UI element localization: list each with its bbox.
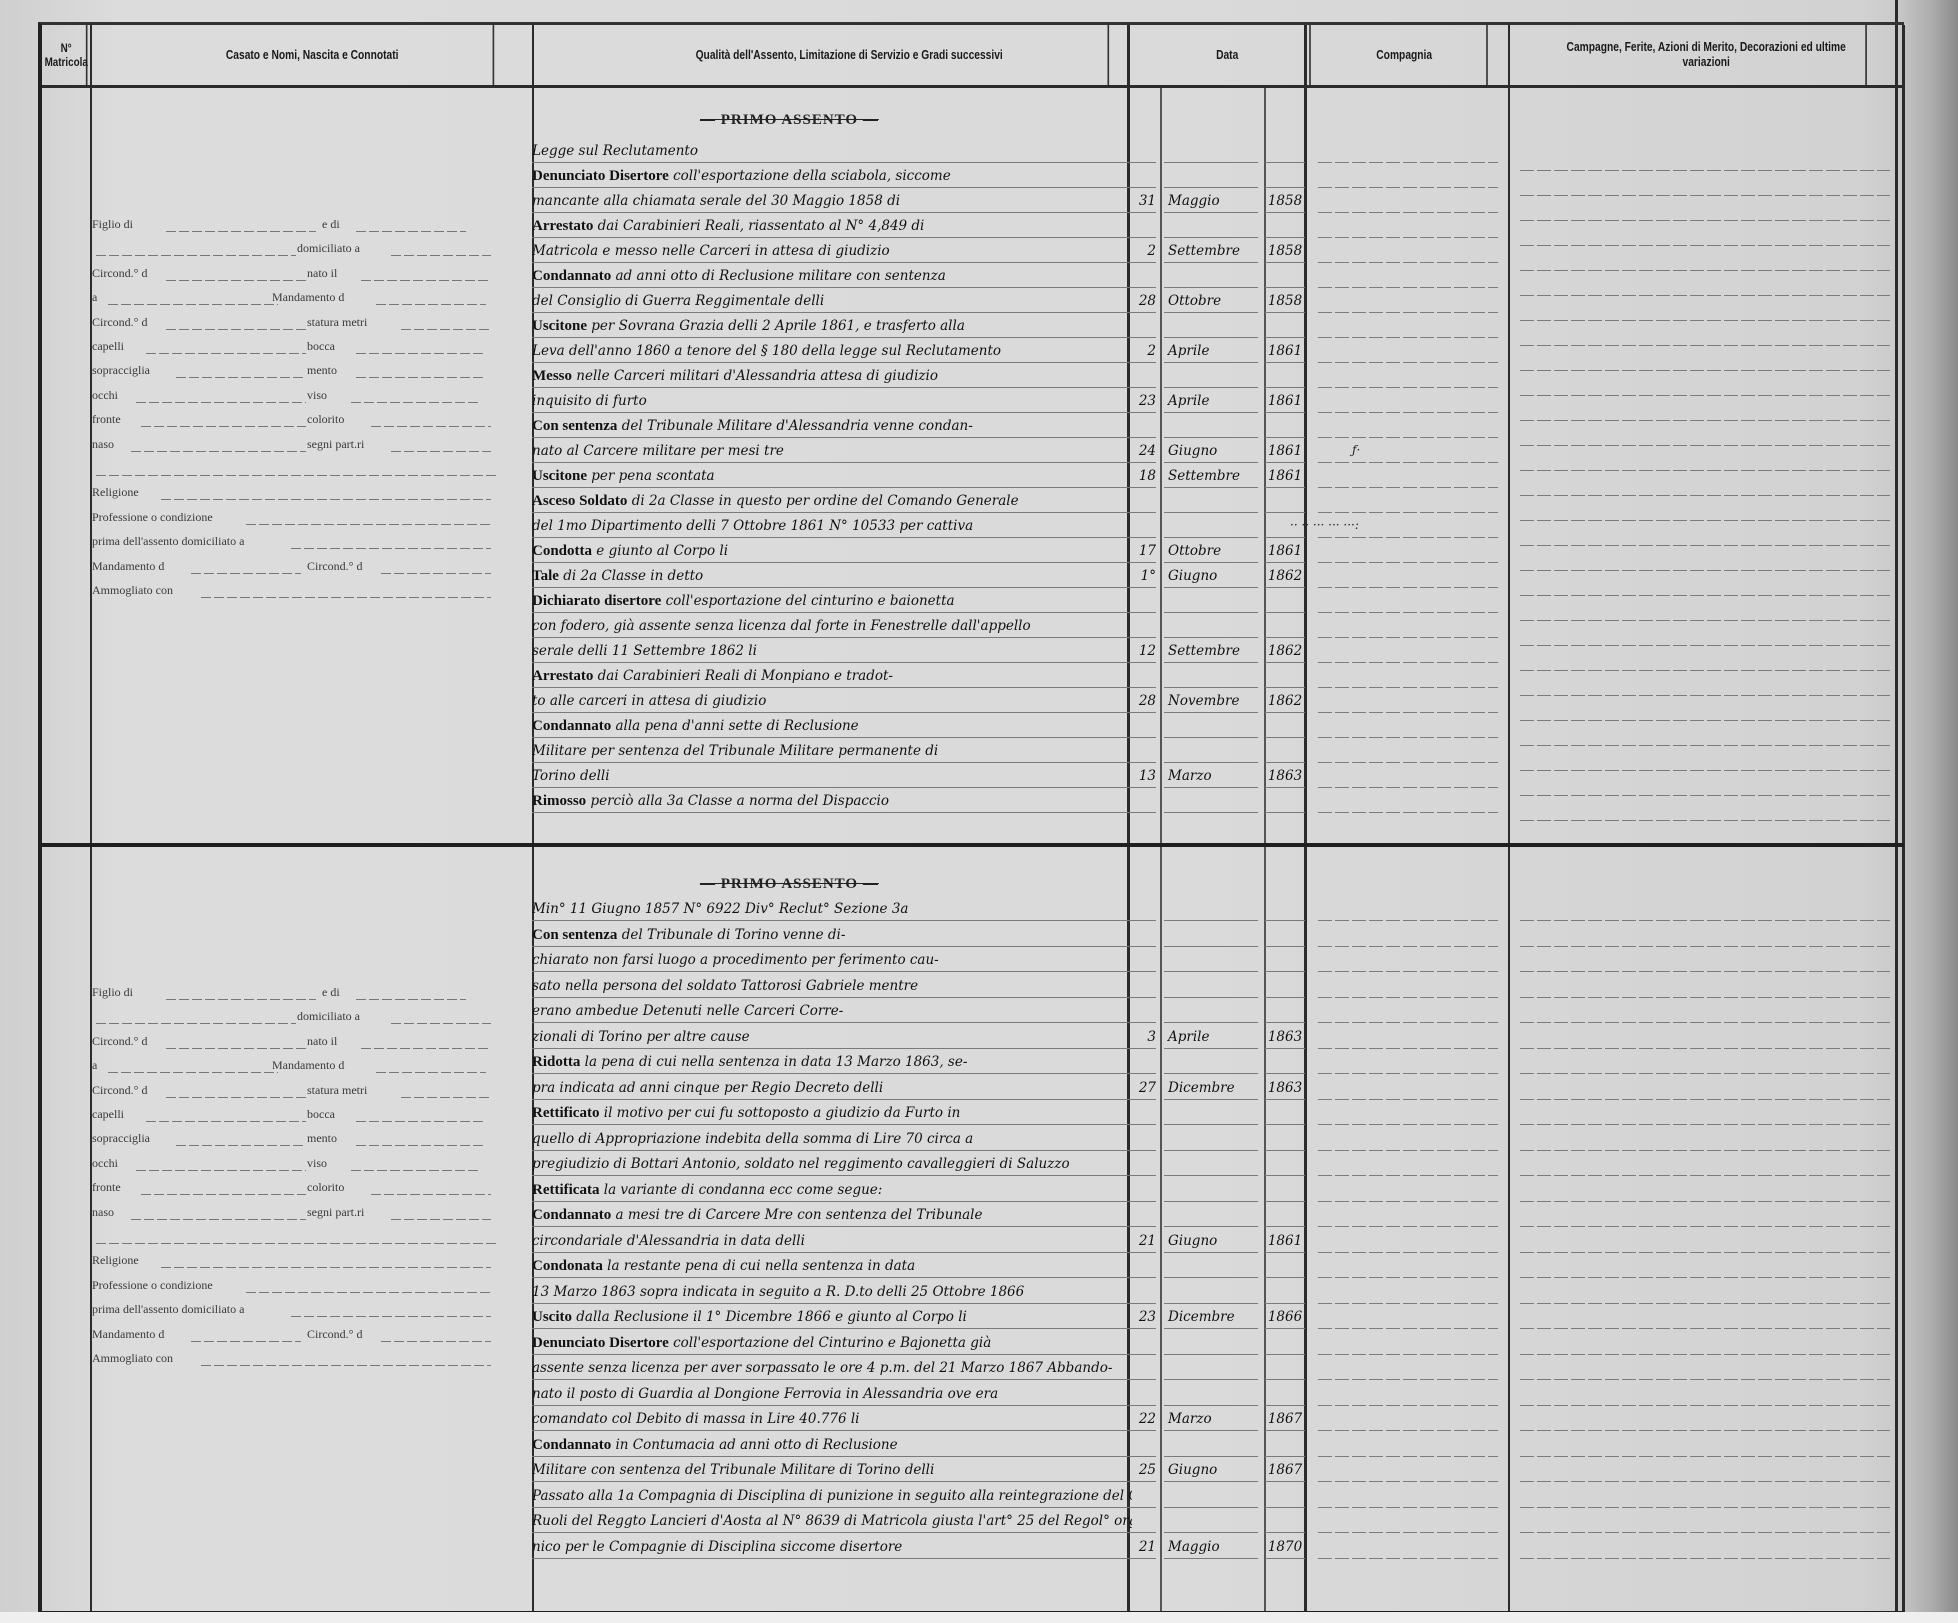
campagne-ruled-line (1520, 595, 1890, 596)
entry-text: mancante alla chiamata serale del 30 Mag… (532, 193, 900, 209)
campagne-ruled-line (1520, 445, 1890, 446)
entry-text: dalla Reclusione il 1° Dicembre 1866 e g… (572, 1309, 967, 1325)
entry-text: coll'esportazione del Cinturino e Bajone… (669, 1335, 992, 1351)
entry-date-year (1265, 1000, 1305, 1023)
entry-date-day (1130, 715, 1156, 738)
form-label-prima-assento: prima dell'assento domiciliato a (92, 534, 244, 549)
form-fill-line (246, 1292, 491, 1293)
entry-text: serale delli 11 Settembre 1862 li (532, 643, 757, 659)
form-fill-line (371, 1194, 491, 1195)
campagne-ruled-line (1520, 1277, 1890, 1278)
entry-date-day (1130, 215, 1156, 238)
campagne-ruled-line (1520, 920, 1890, 921)
entry-date-day: 23 (1130, 390, 1156, 413)
entry-text: del Tribunale Militare d'Alessandria ven… (617, 418, 972, 434)
register-entry: Denunciato Disertore coll'esportazione d… (532, 165, 1132, 188)
form-label-sopracciglia: sopracciglia (92, 363, 150, 378)
entry-date-month (1164, 1434, 1258, 1457)
compagnia-ruled-line (1318, 1303, 1498, 1304)
entry-date-day (1130, 140, 1156, 163)
form-fill-line (131, 451, 306, 452)
register-entry: Matricola e messo nelle Carceri in attes… (532, 240, 1132, 263)
register-entry: zionali di Torino per altre cause (532, 1026, 1132, 1049)
compagnia-ruled-line (1318, 212, 1498, 213)
compagnia-ruled-line (1318, 262, 1498, 263)
entry-date-day: 22 (1130, 1408, 1156, 1431)
entry-date-month (1164, 1332, 1258, 1355)
register-entry: Rettificata la variante di condanna ecc … (532, 1179, 1132, 1202)
form-row: sopraccigliamento (92, 363, 492, 383)
form-row: prima dell'assento domiciliato a (92, 1302, 492, 1322)
form-fill-line (391, 255, 491, 256)
entry-date-month: Giugno (1164, 565, 1258, 588)
compagnia-ruled-line (1318, 920, 1498, 921)
campagne-ruled-line (1520, 1201, 1890, 1202)
form-fill-line (371, 426, 491, 427)
campagne-ruled-line (1520, 1150, 1890, 1151)
entry-date-year: 1867 (1265, 1459, 1305, 1482)
compagnia-ruled-line (1318, 1124, 1498, 1125)
form-row: frontecolorito (92, 1180, 492, 1200)
entry-date-day: 2 (1130, 340, 1156, 363)
entry-keyword: Messo (532, 368, 572, 384)
entry-date-year (1265, 1281, 1305, 1304)
form-label-figlio-di: Figlio di (92, 217, 133, 232)
form-fill-line (166, 280, 306, 281)
entry-date-day: 1° (1130, 565, 1156, 588)
entry-text: Militare con sentenza del Tribunale Mili… (532, 1462, 934, 1478)
campagne-ruled-line (1520, 770, 1890, 771)
register-entry: inquisito di furto (532, 390, 1132, 413)
entry-date-month (1164, 165, 1258, 188)
register-entry: Con sentenza del Tribunale di Torino ven… (532, 924, 1132, 947)
form-label-circond-1: Circond.° d (92, 266, 147, 281)
form-label-religione: Religione (92, 1253, 139, 1268)
campagne-ruled-line (1520, 545, 1890, 546)
form-fill-line (191, 573, 301, 574)
form-label-viso: viso (307, 1156, 327, 1171)
form-row: Religione (92, 485, 492, 505)
entry-text: di 2a Classe in detto (559, 568, 703, 584)
entry-date-day (1130, 515, 1156, 538)
compagnia-ruled-line (1318, 1558, 1498, 1559)
register-entry: Condotta e giunto al Corpo li (532, 540, 1132, 563)
campagne-ruled-line (1520, 1379, 1890, 1380)
entry-date-year (1265, 1128, 1305, 1151)
entry-date-year (1265, 790, 1305, 813)
entry-text: alla pena d'anni sette di Reclusione (611, 718, 858, 734)
register-entry: serale delli 11 Settembre 1862 li (532, 640, 1132, 663)
form-label-segni: segni part.ri (307, 437, 364, 452)
compagnia-ruled-line (1318, 1252, 1498, 1253)
register-entry: mancante alla chiamata serale del 30 Mag… (532, 190, 1132, 213)
compagnia-ruled-line (1318, 337, 1498, 338)
form-fill-line (361, 280, 491, 281)
entry-date-month (1164, 1204, 1258, 1227)
compagnia-ruled-line (1318, 237, 1498, 238)
entry-text: nico per le Compagnie di Disciplina sicc… (532, 1539, 902, 1555)
entry-date-day (1130, 1153, 1156, 1176)
campagne-ruled-line (1520, 1099, 1890, 1100)
compagnia-ruled-line (1318, 946, 1498, 947)
register-entry: Uscito dalla Reclusione il 1° Dicembre 1… (532, 1306, 1132, 1329)
form-fill-line (381, 1341, 491, 1342)
entry-text: il motivo per cui fu sottoposto a giudiz… (599, 1105, 960, 1121)
entry-date-year (1265, 898, 1305, 921)
compagnia-ruled-line (1318, 187, 1498, 188)
entry-date-day (1130, 365, 1156, 388)
entry-date-month (1164, 715, 1258, 738)
form-label-mento: mento (307, 363, 337, 378)
entry-date-month: Maggio (1164, 1536, 1258, 1559)
entry-date-day (1130, 924, 1156, 947)
entry-date-month (1164, 949, 1258, 972)
entry-keyword: Con sentenza (532, 418, 617, 434)
register-entry: Uscitone per pena scontata (532, 465, 1132, 488)
entry-date-month (1164, 1383, 1258, 1406)
entry-text: coll'esportazione del cinturino e baione… (661, 593, 954, 609)
entry-date-day (1130, 1332, 1156, 1355)
entry-date-year (1265, 1383, 1305, 1406)
register-entry: to alle carceri in attesa di giudizio (532, 690, 1132, 713)
form-fill-line (166, 1048, 306, 1049)
entry-text: per pena scontata (587, 468, 715, 484)
entry-text: Ruoli del Reggto Lancieri d'Aosta al N° … (532, 1513, 1132, 1529)
form-fill-line (96, 255, 296, 256)
form-fill-line (356, 1121, 486, 1122)
register-entry: 13 Marzo 1863 sopra indicata in seguito … (532, 1281, 1132, 1304)
entry-date-year (1265, 975, 1305, 998)
form-fill-line (381, 573, 491, 574)
entry-keyword: Condannato (532, 1207, 611, 1223)
compagnia-ruled-line (1318, 1175, 1498, 1176)
entry-text: Legge sul Reclutamento (532, 143, 698, 159)
entry-date-day (1130, 265, 1156, 288)
entry-date-month (1164, 215, 1258, 238)
form-label-e-di: e di (322, 985, 340, 1000)
entry-date-year: 1862 (1265, 690, 1305, 713)
entry-date-day (1130, 1102, 1156, 1125)
entry-date-month (1164, 515, 1258, 538)
register-entry: nico per le Compagnie di Disciplina sicc… (532, 1536, 1132, 1559)
compagnia-ruled-line (1318, 162, 1498, 163)
entry-keyword: Con sentenza (532, 927, 617, 943)
form-label-segni: segni part.ri (307, 1205, 364, 1220)
form-fill-line (141, 426, 306, 427)
register-entry: Dichiarato disertore coll'esportazione d… (532, 590, 1132, 613)
campagne-ruled-line (1520, 620, 1890, 621)
entry-date-year: 1863 (1265, 1026, 1305, 1049)
entry-text: circondariale d'Alessandria in data dell… (532, 1233, 805, 1249)
entry-date-year (1265, 1102, 1305, 1125)
register-entry: Rettificato il motivo per cui fu sottopo… (532, 1102, 1132, 1125)
form-row: nasosegni part.ri (92, 1205, 492, 1225)
form-label-professione: Professione o condizione (92, 510, 213, 525)
entry-text: la restante pena di cui nella sentenza i… (603, 1258, 915, 1274)
campagne-ruled-line (1520, 695, 1890, 696)
entry-date-year: 1858 (1265, 290, 1305, 313)
compagnia-ruled-line (1318, 437, 1498, 438)
entry-date-year (1265, 490, 1305, 513)
compagnia-mark: ƒ· (1352, 443, 1360, 457)
entry-date-year: 1863 (1265, 1077, 1305, 1100)
campagne-ruled-line (1520, 670, 1890, 671)
form-label-circond-2: Circond.° d (92, 315, 147, 330)
campagne-ruled-line (1520, 245, 1890, 246)
register-entry: Militare per sentenza del Tribunale Mili… (532, 740, 1132, 763)
form-label-ammogliato: Ammogliato con (92, 1351, 173, 1366)
campagne-ruled-line (1520, 1481, 1890, 1482)
entry-text: e giunto al Corpo li (592, 543, 728, 559)
entry-date-month (1164, 415, 1258, 438)
entry-text: assente senza licenza per aver sorpassat… (532, 1360, 1112, 1376)
campagne-ruled-line (1520, 946, 1890, 947)
form-row: Circond.° dstatura metri (92, 1083, 492, 1103)
form-label-capelli: capelli (92, 339, 124, 354)
compagnia-ruled-line (1318, 362, 1498, 363)
entry-keyword: Rettificata (532, 1182, 599, 1198)
register-entry: del Consiglio di Guerra Reggimentale del… (532, 290, 1132, 313)
form-label-occhi: occhi (92, 1156, 118, 1171)
entry-date-day: 12 (1130, 640, 1156, 663)
register-entry: Con sentenza del Tribunale Militare d'Al… (532, 415, 1132, 438)
entry-date-month: Aprile (1164, 340, 1258, 363)
form-fill-line (176, 1145, 306, 1146)
entry-date-year (1265, 215, 1305, 238)
form-fill-line (108, 1072, 278, 1073)
entry-date-month (1164, 590, 1258, 613)
entry-date-day: 13 (1130, 765, 1156, 788)
entry-text: dai Carabinieri Reali di Monpiano e trad… (593, 668, 893, 684)
compagnia-ruled-line (1318, 1354, 1498, 1355)
form-row: Religione (92, 1253, 492, 1273)
register-entry: Torino delli (532, 765, 1132, 788)
register-entry: Arrestato dai Carabinieri Reali, riassen… (532, 215, 1132, 238)
form-label-statura: statura metri (307, 1083, 367, 1098)
form-label-circond-2: Circond.° d (92, 1083, 147, 1098)
entry-date-day: 17 (1130, 540, 1156, 563)
form-row: Circond.° dnato il (92, 266, 492, 286)
campagne-ruled-line (1520, 395, 1890, 396)
form-fill-line (161, 499, 491, 500)
campagne-ruled-line (1520, 1252, 1890, 1253)
entry-text: Militare per sentenza del Tribunale Mili… (532, 743, 938, 759)
entry-keyword: Dichiarato disertore (532, 593, 661, 609)
form-fill-line (141, 1194, 306, 1195)
form-fill-line (356, 231, 466, 232)
entry-date-year (1265, 665, 1305, 688)
register-entry: Messo nelle Carceri militari d'Alessandr… (532, 365, 1132, 388)
entry-date-year: 1870 (1265, 1536, 1305, 1559)
entry-date-month (1164, 924, 1258, 947)
entry-date-year: 1861 (1265, 540, 1305, 563)
compagnia-ruled-line (1318, 462, 1498, 463)
register-entry: circondariale d'Alessandria in data dell… (532, 1230, 1132, 1253)
campagne-ruled-line (1520, 1558, 1890, 1559)
entry-text: a mesi tre di Carcere Mre con sentenza d… (611, 1207, 982, 1223)
campagne-ruled-line (1520, 570, 1890, 571)
campagne-ruled-line (1520, 1430, 1890, 1431)
form-fill-line (131, 1219, 306, 1220)
entry-date-day: 27 (1130, 1077, 1156, 1100)
form-label-occhi: occhi (92, 388, 118, 403)
form-row: capellibocca (92, 1107, 492, 1127)
entry-date-day (1130, 790, 1156, 813)
entry-text: del Consiglio di Guerra Reggimentale del… (532, 293, 824, 309)
campagne-ruled-line (1520, 320, 1890, 321)
form-row: Ammogliato con (92, 583, 492, 603)
register-entry: Condannato a mesi tre di Carcere Mre con… (532, 1204, 1132, 1227)
campagne-ruled-line (1520, 1532, 1890, 1533)
campagne-ruled-line (1520, 1328, 1890, 1329)
entry-keyword: Condannato (532, 268, 611, 284)
form-label-e-di: e di (322, 217, 340, 232)
form-row: Circond.° dnato il (92, 1034, 492, 1054)
entry-date-month: Dicembre (1164, 1306, 1258, 1329)
register-entry: Militare con sentenza del Tribunale Mili… (532, 1459, 1132, 1482)
form-label-a: a (92, 1058, 97, 1073)
entry-text: 13 Marzo 1863 sopra indicata in seguito … (532, 1284, 1024, 1300)
entry-date-month: Ottobre (1164, 540, 1258, 563)
register-entry: erano ambedue Detenuti nelle Carceri Cor… (532, 1000, 1132, 1023)
campagne-ruled-line (1520, 345, 1890, 346)
entry-date-year: 1861 (1265, 465, 1305, 488)
form-fill-line (356, 353, 486, 354)
entry-text: perciò alla 3a Classe a norma del Dispac… (586, 793, 889, 809)
entry-date-year (1265, 1510, 1305, 1533)
entry-date-day (1130, 1000, 1156, 1023)
col-divider-matricola (90, 25, 92, 1615)
entry-date-day (1130, 1128, 1156, 1151)
register-entry: Tale di 2a Classe in detto (532, 565, 1132, 588)
entry-date-day: 21 (1130, 1230, 1156, 1253)
entry-date-day (1130, 1357, 1156, 1380)
form-row: Professione o condizione (92, 510, 492, 530)
form-row (92, 1229, 492, 1249)
campagne-ruled-line (1520, 470, 1890, 471)
form-fill-line (191, 1341, 301, 1342)
form-row: domiciliato a (92, 1009, 492, 1029)
entry-date-day (1130, 1510, 1156, 1533)
entry-text: di 2a Classe in questo per ordine del Co… (627, 493, 1018, 509)
register-entry: Min° 11 Giugno 1857 N° 6922 Div° Reclut°… (532, 898, 1132, 921)
col-divider-campagne (1902, 25, 1905, 1615)
campagne-ruled-line (1520, 795, 1890, 796)
form-fill-line (161, 1267, 491, 1268)
register-entry: Passato alla 1a Compagnia di Disciplina … (532, 1485, 1132, 1508)
register-entry: Legge sul Reclutamento (532, 140, 1132, 163)
entry-date-day (1130, 1204, 1156, 1227)
entry-date-year: 1866 (1265, 1306, 1305, 1329)
register-entry: comandato col Debito di massa in Lire 40… (532, 1408, 1132, 1431)
form-label-colorito: colorito (307, 1180, 344, 1195)
form-label-circond-1: Circond.° d (92, 1034, 147, 1049)
compagnia-ruled-line (1318, 662, 1498, 663)
entry-date-year: 1858 (1265, 190, 1305, 213)
entry-date-month (1164, 740, 1258, 763)
form-fill-line (351, 1170, 481, 1171)
compagnia-ruled-line (1318, 1226, 1498, 1227)
compagnia-ruled-line (1318, 537, 1498, 538)
header-casato: Casato e Nomi, Nascita e Connotati (132, 25, 494, 85)
entry-date-month: Giugno (1164, 1459, 1258, 1482)
entry-text: del Tribunale di Torino venne di- (617, 927, 845, 943)
entry-date-year (1265, 1434, 1305, 1457)
entry-date-month: Novembre (1164, 690, 1258, 713)
form-label-bocca: bocca (307, 339, 335, 354)
entry-date-year (1265, 715, 1305, 738)
entry-text: la variante di condanna ecc come segue: (599, 1182, 882, 1198)
form-row: aMandamento d (92, 1058, 492, 1078)
form-label-domiciliato-a: domiciliato a (297, 1009, 360, 1024)
entry-keyword: Condannato (532, 718, 611, 734)
form-row: Ammogliato con (92, 1351, 492, 1371)
entry-date-day: 31 (1130, 190, 1156, 213)
form-label-naso: naso (92, 1205, 114, 1220)
form-fill-line (361, 1048, 491, 1049)
compagnia-ruled-line (1318, 412, 1498, 413)
entry-text: del 1mo Dipartimento delli 7 Ottobre 186… (532, 518, 973, 534)
form-fill-line (136, 402, 306, 403)
campagne-ruled-line (1520, 1048, 1890, 1049)
compagnia-ruled-line (1318, 762, 1498, 763)
form-row (92, 461, 492, 481)
entry-keyword: Condannato (532, 1437, 611, 1453)
campagne-ruled-line (1520, 295, 1890, 296)
form-fill-line (96, 1243, 496, 1244)
register-entry: Condonata la restante pena di cui nella … (532, 1255, 1132, 1278)
entry-date-year: 1861 (1265, 340, 1305, 363)
entry-date-year: 1861 (1265, 1230, 1305, 1253)
register-entry: Ruoli del Reggto Lancieri d'Aosta al N° … (532, 1510, 1132, 1533)
form-fill-line (376, 304, 486, 305)
entry-text: nelle Carceri militari d'Alessandria att… (572, 368, 938, 384)
section-title-primo-assento: — PRIMO ASSENTO — (700, 112, 879, 129)
compagnia-ruled-line (1318, 1405, 1498, 1406)
entry-date-day (1130, 740, 1156, 763)
compagnia-ruled-line (1318, 287, 1498, 288)
register-entry: Condannato ad anni otto di Reclusione mi… (532, 265, 1132, 288)
page-edge (0, 1612, 1958, 1623)
form-label-sopracciglia: sopracciglia (92, 1131, 150, 1146)
entry-text: comandato col Debito di massa in Lire 40… (532, 1411, 859, 1427)
entry-date-day (1130, 415, 1156, 438)
entry-date-month: Giugno (1164, 1230, 1258, 1253)
entry-text: Passato alla 1a Compagnia di Disciplina … (532, 1488, 1132, 1504)
entry-text: nato il posto di Guardia al Dongione Fer… (532, 1386, 998, 1402)
campagne-ruled-line (1520, 997, 1890, 998)
entry-date-month (1164, 665, 1258, 688)
compagnia-ruled-line (1318, 812, 1498, 813)
form-fill-line (146, 353, 306, 354)
entry-date-year (1265, 365, 1305, 388)
compagnia-ruled-line (1318, 737, 1498, 738)
compagnia-ruled-line (1318, 612, 1498, 613)
entry-date-month: Ottobre (1164, 290, 1258, 313)
entry-date-day: 23 (1130, 1306, 1156, 1329)
campagne-ruled-line (1520, 820, 1890, 821)
form-fill-line (201, 1365, 491, 1366)
entry-keyword: Asceso Soldato (532, 493, 627, 509)
entry-date-month (1164, 1128, 1258, 1151)
form-fill-line (351, 402, 481, 403)
entry-date-year (1265, 165, 1305, 188)
campagne-ruled-line (1520, 270, 1890, 271)
entry-text: coll'esportazione della sciabola, siccom… (669, 168, 951, 184)
compagnia-ruled-line (1318, 512, 1498, 513)
entry-date-month (1164, 1281, 1258, 1304)
entry-text: la pena di cui nella sentenza in data 13… (580, 1054, 967, 1070)
